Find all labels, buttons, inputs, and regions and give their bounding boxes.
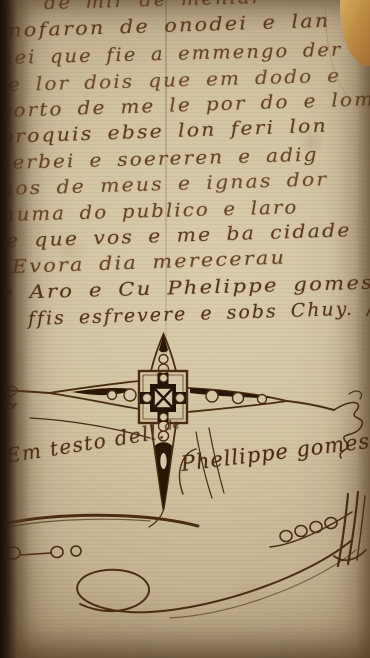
manuscript-page: de mir de menlar mofaron de onodei e lan… — [0, 0, 370, 658]
attestation-superscript: de — [163, 417, 181, 433]
manuscript-text: de mir de menlar mofaron de onodei e lan… — [0, 0, 370, 658]
